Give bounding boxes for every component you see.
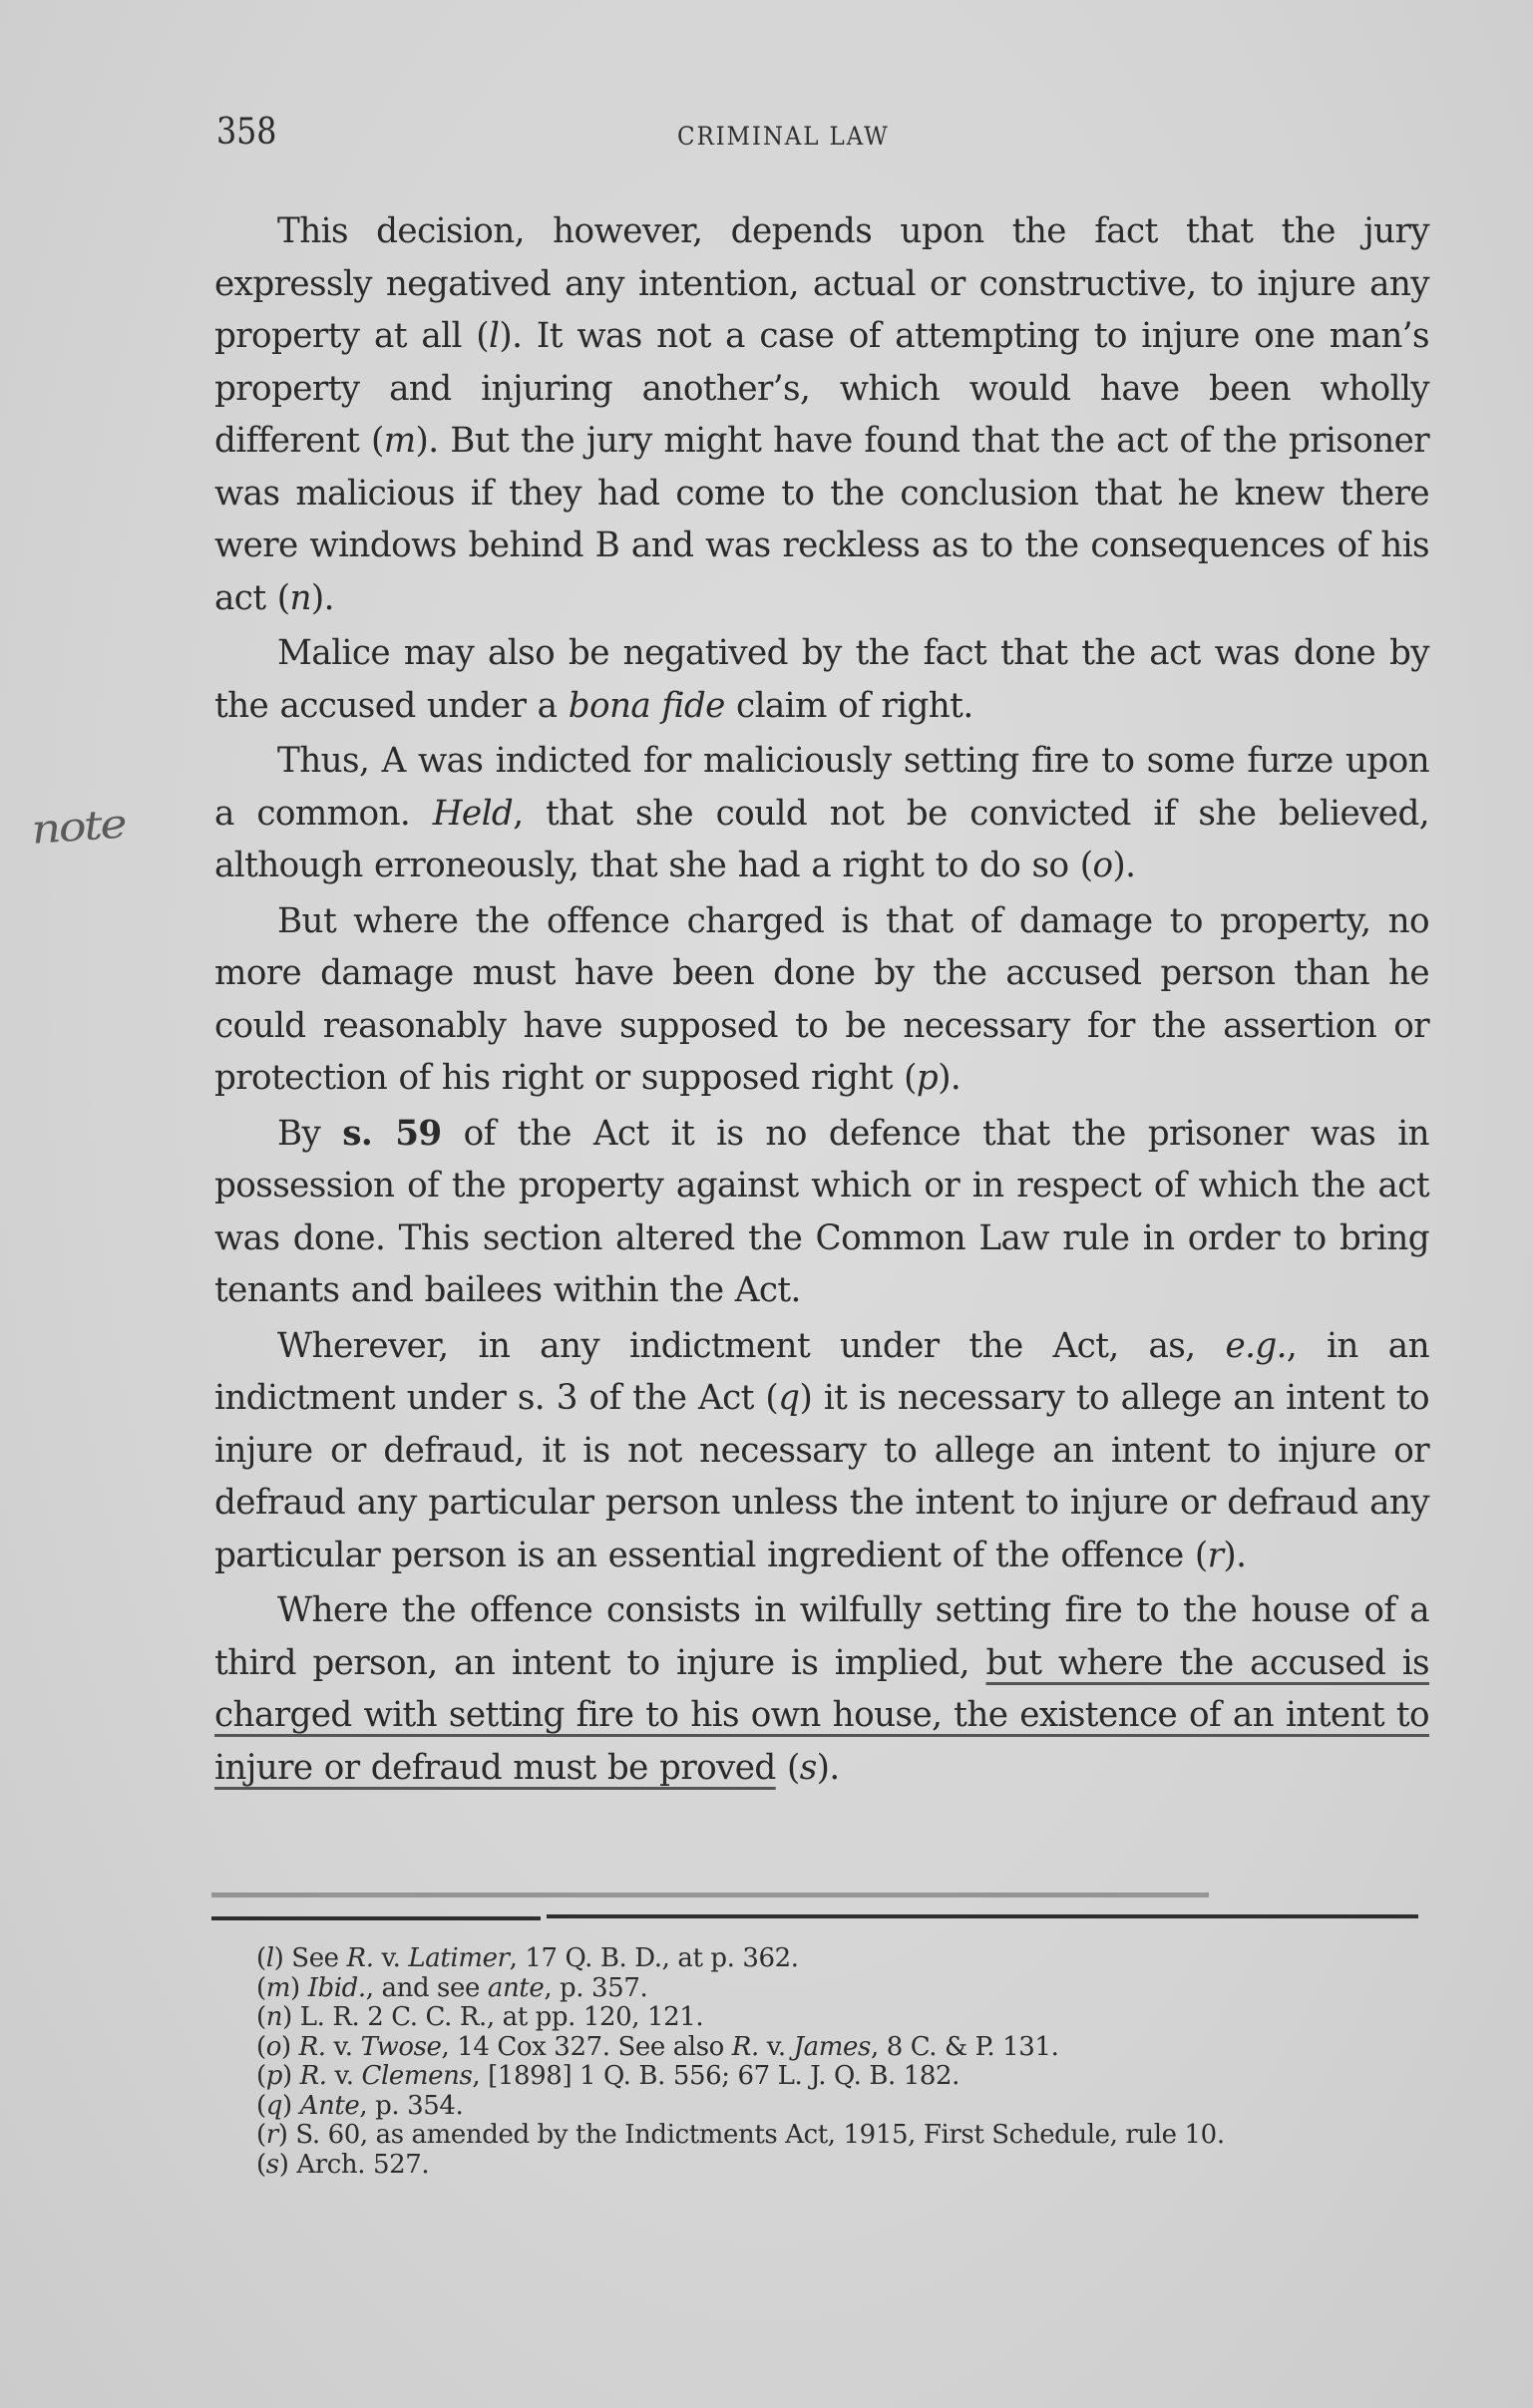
italic-text: r [1208, 1536, 1224, 1575]
body-text: This decision, however, depends upon the… [214, 205, 1429, 1797]
italic-text: R. [732, 2032, 759, 2062]
paragraph: Malice may also be negatived by the fact… [214, 627, 1429, 732]
paragraph: Where the offence consists in wilfully s… [214, 1584, 1429, 1794]
text-run: v. [374, 1943, 409, 1973]
footnote-label: (s) [256, 2150, 296, 2180]
italic-text: James [794, 2032, 871, 2062]
text-run: v. [326, 2032, 361, 2062]
text-run: ( [776, 1748, 800, 1788]
text-run: v. [759, 2032, 794, 2062]
italic-text: s [800, 1748, 817, 1788]
text-run: By [277, 1114, 342, 1154]
text-run: ). [1223, 1536, 1246, 1575]
italic-text: Ante [300, 2091, 360, 2121]
paragraph: But where the offence charged is that of… [214, 895, 1429, 1105]
text-run: , 8 C. & P. 131. [871, 2032, 1059, 2062]
footnote-label: (m) [256, 1973, 308, 2003]
italic-text: p [917, 1058, 938, 1098]
text-run: ). [1112, 846, 1135, 885]
text-run: Wherever, in any indictment under the Ac… [277, 1326, 1225, 1366]
text-run: , p. 357. [544, 1973, 647, 2003]
text-run: , 17 Q. B. D., at p. 362. [510, 1943, 799, 1973]
text-run: ). [817, 1748, 840, 1788]
text-run: v. [327, 2061, 362, 2091]
paragraph: Wherever, in any indictment under the Ac… [214, 1320, 1429, 1582]
footnote: (q) Ante, p. 354. [256, 2092, 1433, 2122]
footnote: (p) R. v. Clemens, [1898] 1 Q. B. 556; 6… [256, 2062, 1433, 2092]
book-page: 358 CRIMINAL LAW note This decision, how… [0, 0, 1533, 2408]
paragraph: This decision, however, depends upon the… [214, 205, 1429, 624]
text-run: S. 60, as amended by the Indictments Act… [295, 2120, 1224, 2150]
italic-text: Clemens [361, 2061, 472, 2091]
text-run: See [291, 1943, 346, 1973]
footnote-label: (q) [256, 2091, 300, 2121]
page-number: 358 [216, 112, 276, 153]
footnote-label: (n) [256, 2002, 300, 2032]
footnote-separator-right [547, 1914, 1418, 1918]
text-run: ). [311, 578, 334, 618]
text-run: L. R. 2 C. C. R., at pp. 120, 121. [300, 2002, 704, 2032]
italic-text: bona fide [569, 686, 725, 726]
paragraph: Thus, A was indicted for maliciously set… [214, 735, 1429, 892]
footnote: (l) See R. v. Latimer, 17 Q. B. D., at p… [256, 1944, 1433, 1974]
italic-text: R. [347, 1943, 374, 1973]
footnotes: (l) See R. v. Latimer, 17 Q. B. D., at p… [256, 1944, 1433, 2180]
italic-text: m [384, 421, 416, 461]
footnote-separator-left [211, 1916, 541, 1920]
footnote: (r) S. 60, as amended by the Indictments… [256, 2121, 1433, 2151]
footnote: (m) Ibid., and see ante, p. 357. [256, 1974, 1433, 2004]
text-run: , p. 354. [359, 2091, 463, 2121]
footnote: (o) R. v. Twose, 14 Cox 327. See also R.… [256, 2033, 1433, 2063]
footnote-label: (l) [256, 1943, 291, 1973]
italic-text: Twose [360, 2032, 441, 2062]
italic-text: R. [300, 2061, 327, 2091]
italic-text: l [489, 316, 499, 356]
italic-text: e.g. [1225, 1326, 1286, 1366]
handwritten-margin-note: note [30, 801, 127, 853]
text-run: , 14 Cox 327. See also [442, 2032, 732, 2062]
text-run: But where the offence charged is that of… [214, 901, 1429, 1099]
footnote-label: (r) [256, 2120, 295, 2150]
text-run: claim of right. [725, 686, 973, 726]
italic-text: Latimer [408, 1943, 509, 1973]
pencil-underline-rule [211, 1892, 1209, 1897]
italic-text: q [778, 1378, 799, 1418]
italic-text: n [289, 578, 310, 618]
italic-text: Ibid. [308, 1973, 366, 2003]
running-head: 358 CRIMINAL LAW [216, 112, 1428, 162]
footnote: (n) L. R. 2 C. C. R., at pp. 120, 121. [256, 2003, 1433, 2033]
italic-text: R. [299, 2032, 326, 2062]
bold-section-ref: s. 59 [342, 1114, 441, 1154]
text-run: Arch. 527. [296, 2150, 429, 2180]
text-run: ). [938, 1058, 960, 1098]
text-run: , and see [366, 1973, 488, 2003]
footnote-label: (o) [256, 2032, 299, 2062]
italic-text: Held [433, 794, 513, 834]
italic-text: ante [488, 1973, 544, 2003]
footnote-label: (p) [256, 2061, 300, 2091]
text-run: , [1898] 1 Q. B. 556; 67 L. J. Q. B. 182… [472, 2061, 959, 2091]
italic-text: o [1092, 846, 1112, 885]
running-title: CRIMINAL LAW [677, 122, 890, 151]
paragraph: By s. 59 of the Act it is no defence tha… [214, 1108, 1429, 1317]
footnote: (s) Arch. 527. [256, 2151, 1433, 2181]
